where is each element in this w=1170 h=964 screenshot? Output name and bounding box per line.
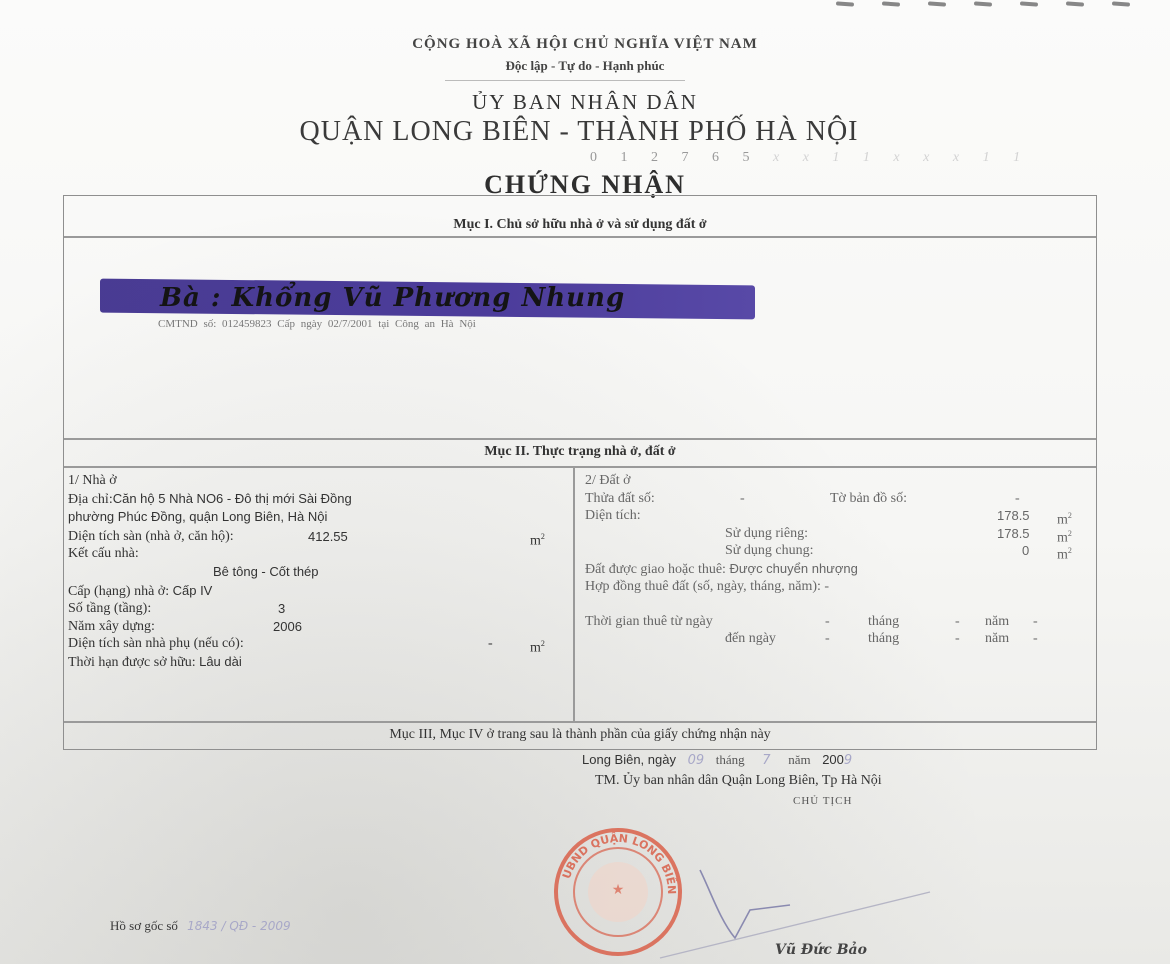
allocation-value: Được chuyển nhượng xyxy=(729,561,857,576)
issue-day: 09 xyxy=(688,753,705,768)
address-value: Căn hộ 5 Nhà NO6 - Đô thị mới Sài Đồng xyxy=(113,491,352,506)
floors-value: 3 xyxy=(278,600,285,618)
svg-text:★: ★ xyxy=(612,883,625,898)
address-line2: phường Phúc Đồng, quận Long Biên, Hà Nội xyxy=(68,508,558,526)
structure-value: Bê tông - Cốt thép xyxy=(68,563,558,582)
serial-number: 0 1 2 7 6 5 x x 1 1 x x x 1 1 xyxy=(590,150,1030,166)
perforation-marks xyxy=(836,2,1130,6)
house-heading: 1/ Nhà ở xyxy=(68,472,558,490)
issuer-line2: QUẬN LONG BIÊN - THÀNH PHỐ HÀ NỘI xyxy=(0,116,1164,148)
grade-value: Cấp IV xyxy=(173,583,213,598)
file-record: Hồ sơ gốc số 1843 / QĐ - 2009 xyxy=(110,918,291,934)
issue-year-digit: 9 xyxy=(844,753,852,768)
map-sheet-label: Tờ bản đồ số: xyxy=(830,490,907,508)
year-value: 2006 xyxy=(273,618,302,636)
shared-use-row: Sử dụng chung: 0 m2 xyxy=(585,542,1090,560)
issuer-line1: ỦY BAN NHÂN DÂN xyxy=(0,90,1170,115)
year-row: Năm xây dựng: 2006 xyxy=(68,618,558,636)
divider xyxy=(64,721,1096,723)
structure-label: Kết cấu nhà: xyxy=(68,545,558,563)
file-record-number: 1843 / QĐ - 2009 xyxy=(187,919,290,933)
aux-area-value: - xyxy=(488,635,493,653)
motto-underline xyxy=(445,80,685,81)
section2-title: Mục II. Thực trạng nhà ở, đất ở xyxy=(64,444,1096,460)
serial-visible: 0 1 2 7 6 5 xyxy=(590,150,760,165)
land-heading: 2/ Đất ở xyxy=(585,472,1090,490)
shared-use-value: 0 xyxy=(1022,542,1029,560)
national-motto: Độc lập - Tự do - Hạnh phúc xyxy=(0,58,1170,74)
private-use-row: Sử dụng riêng: 178.5 m2 xyxy=(585,525,1090,543)
floor-area-row: Diện tích sàn (nhà ở, căn hộ): 412.55 m2 xyxy=(68,528,558,546)
lease-from-row: Thời gian thuê từ ngày - tháng - năm - xyxy=(585,613,1090,631)
allocation-row: Đất được giao hoặc thuê: Được chuyển như… xyxy=(585,560,1090,579)
grade-row: Cấp (hạng) nhà ở: Cấp IV xyxy=(68,582,558,601)
divider xyxy=(64,236,1096,238)
parcel-row: Thửa đất số: - Tờ bản đồ số: - xyxy=(585,490,1090,508)
divider xyxy=(64,466,1096,468)
parcel-value: - xyxy=(740,490,745,508)
term-value: Lâu dài xyxy=(199,654,242,669)
lease-contract-value: - xyxy=(824,579,829,594)
divider xyxy=(64,438,1096,440)
on-behalf-line: TM. Ủy ban nhân dân Quận Long Biên, Tp H… xyxy=(595,773,882,789)
floors-row: Số tầng (tầng): 3 xyxy=(68,600,558,618)
column-divider xyxy=(573,466,575,721)
term-row: Thời hạn được sở hữu: Lâu dài xyxy=(68,653,558,672)
area-value: 178.5 xyxy=(997,507,1030,525)
aux-area-row: Diện tích sàn nhà phụ (nếu có): - m2 xyxy=(68,635,558,653)
lease-to-row: đến ngày - tháng - năm - xyxy=(585,630,1090,648)
position-title: CHỦ TỊCH xyxy=(793,795,852,807)
signer-name: Vũ Đức Bảo xyxy=(775,942,867,958)
address-row: Địa chỉ:Căn hộ 5 Nhà NO6 - Đô thị mới Sà… xyxy=(68,490,558,509)
private-use-value: 178.5 xyxy=(997,525,1030,543)
area-row: Diện tích: 178.5 m2 xyxy=(585,507,1090,525)
country-name: CỘNG HOÀ XÃ HỘI CHỦ NGHĨA VIỆT NAM xyxy=(0,36,1170,53)
owner-id-line: CMTND số: 012459823 Cấp ngày 02/7/2001 t… xyxy=(158,318,476,330)
floor-area-value: 412.55 xyxy=(308,528,348,546)
serial-faded: x x 1 1 x x x 1 1 xyxy=(773,150,1030,165)
land-column: 2/ Đất ở Thửa đất số: - Tờ bản đồ số: - … xyxy=(585,472,1090,648)
section1-title: Mục I. Chủ sở hữu nhà ở và sử dụng đất ở xyxy=(64,217,1096,233)
lease-contract-row: Hợp đồng thuê đất (số, ngày, tháng, năm)… xyxy=(585,578,1090,596)
issue-month: 7 xyxy=(762,753,770,768)
owner-name: Bà : Khổng Vũ Phương Nhung xyxy=(160,283,625,313)
issue-date: Long Biên, ngày 09 tháng 7 năm 2009 xyxy=(582,752,852,768)
map-sheet-value: - xyxy=(1015,490,1020,508)
house-column: 1/ Nhà ở Địa chỉ:Căn hộ 5 Nhà NO6 - Đô t… xyxy=(68,472,558,671)
section3-note: Mục III, Mục IV ở trang sau là thành phầ… xyxy=(64,727,1096,743)
